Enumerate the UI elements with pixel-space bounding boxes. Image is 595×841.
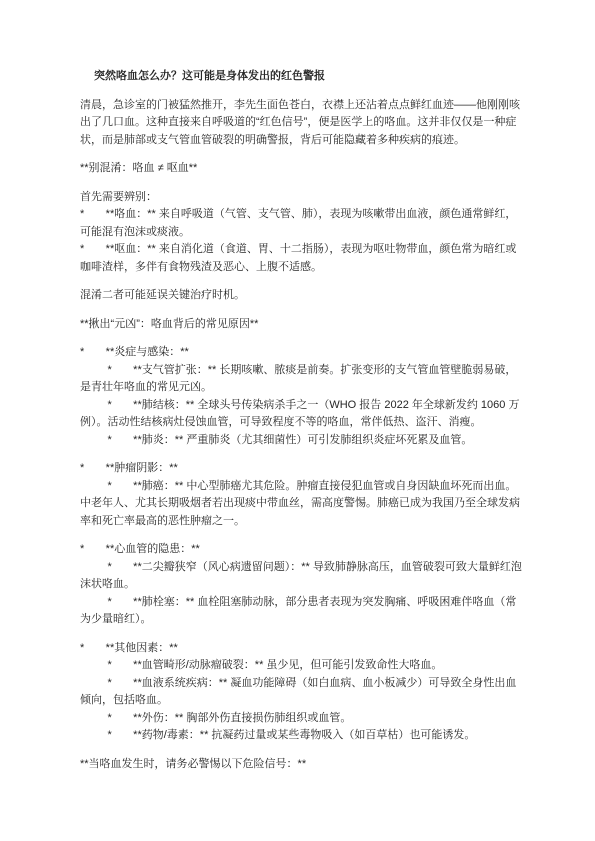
heading-common-causes: **揪出“元凶”：咯血背后的常见原因** — [80, 316, 535, 334]
list-cardiovascular-risk: * **心血管的隐患：** * **二尖瓣狭窄（风心病遗留问题）：** 导致肺静… — [80, 541, 535, 629]
list-other-factors: * **其他因素：** * **血管畸形/动脉瘤破裂：** 虽少见，但可能引发致… — [80, 640, 535, 745]
heading-dont-confuse: **别混淆：咯血 ≠ 呕血** — [80, 160, 535, 178]
document-page: 突然咯血怎么办？这可能是身体发出的红色警报 清晨，急诊室的门被猛然推开，李先生面… — [0, 0, 595, 841]
list-tumor-shadow: * **肿瘤阴影：** * **肺癌：** 中心型肺癌尤其危险。肿瘤直接侵犯血管… — [80, 460, 535, 530]
paragraph-intro-story: 清晨，急诊室的门被猛然推开，李先生面色苍白，衣襟上还沾着点点鲜红血迹——他刚刚咳… — [80, 97, 535, 150]
heading-danger-signals: **当咯血发生时，请务必警惕以下危险信号：** — [80, 756, 535, 774]
list-inflammation-infection: * **炎症与感染：** * **支气管扩张：** 长期咳嗽、脓痰是前奏。扩张变… — [80, 344, 535, 449]
note-confusion-risk: 混淆二者可能延误关键治疗时机。 — [80, 287, 535, 305]
list-distinguish-hemoptysis-hematemesis: 首先需要辨别： * **咯血：** 来自呼吸道（气管、支气管、肺），表现为咳嗽带… — [80, 189, 535, 277]
document-title: 突然咯血怎么办？这可能是身体发出的红色警报 — [80, 68, 535, 86]
